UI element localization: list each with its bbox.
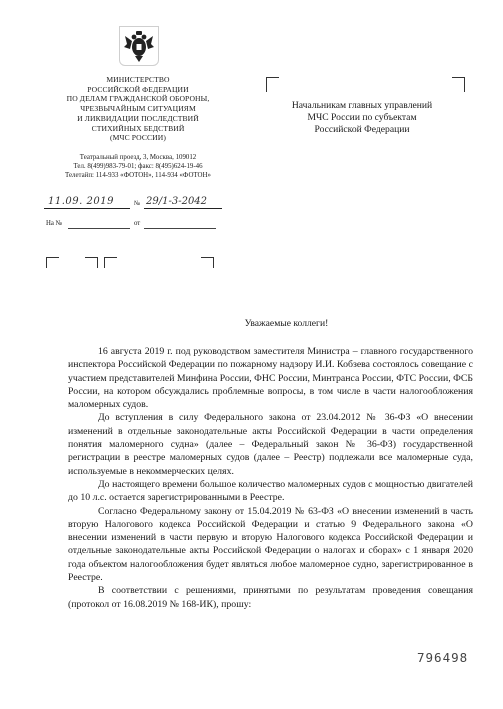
subject-corner-mark-tr [201, 257, 214, 268]
registration-date: 11.09. 2019 [44, 196, 130, 209]
subject-corner-mark-tl [46, 257, 59, 268]
double-headed-eagle-icon [120, 27, 158, 65]
addressee-corner-mark-tl [266, 77, 279, 92]
reference-date-blank [144, 228, 216, 229]
org-line: РОССИЙСКОЙ ФЕДЕРАЦИИ [40, 85, 236, 95]
registration-number-label: № [134, 200, 140, 207]
recipient-block: Начальникам главных управлений МЧС Росси… [262, 100, 462, 136]
body-paragraph: До вступления в силу Федерального закона… [68, 411, 473, 477]
registration-number: 29/1-3-2042 [144, 196, 222, 209]
registration-line: 11.09. 2019 № 29/1-3-2042 [44, 196, 220, 210]
recipient-line: Начальникам главных управлений [262, 100, 462, 112]
subject-corner-mark-tr [85, 257, 98, 268]
ministry-name-block: МИНИСТЕРСТВО РОССИЙСКОЙ ФЕДЕРАЦИИ ПО ДЕЛ… [40, 75, 236, 143]
org-line: ПО ДЕЛАМ ГРАЖДАНСКОЙ ОБОРОНЫ, [40, 94, 236, 104]
incoming-stamp-number: 796498 [417, 650, 468, 665]
org-line: СТИХИЙНЫХ БЕДСТВИЙ [40, 124, 236, 134]
contacts-block: Театральный проезд, 3, Москва, 109012 Те… [30, 153, 246, 181]
body-paragraph: До настоящего времени большое количество… [68, 478, 473, 505]
reference-from-label: от [134, 220, 140, 227]
org-line: ЧРЕЗВЫЧАЙНЫМ СИТУАЦИЯМ [40, 104, 236, 114]
org-line: МИНИСТЕРСТВО [40, 75, 236, 85]
addressee-corner-mark-tr [452, 77, 465, 92]
letter-body: 16 августа 2019 г. под руководством заме… [68, 345, 473, 611]
reference-number-label: На № [46, 220, 62, 227]
body-paragraph: 16 августа 2019 г. под руководством заме… [68, 345, 473, 411]
body-paragraph: В соответствии с решениями, принятыми по… [68, 584, 473, 611]
body-paragraph: Согласно Федеральному закону от 15.04.20… [68, 505, 473, 585]
teletype-line: Телетайп: 114-933 «ФОТОН», 114-934 «ФОТО… [30, 171, 246, 180]
salutation: Уважаемые коллеги! [0, 318, 503, 329]
reference-line: На № от [46, 220, 226, 232]
org-line: И ЛИКВИДАЦИИ ПОСЛЕДСТВИЙ [40, 114, 236, 124]
recipient-line: МЧС России по субъектам [262, 112, 462, 124]
phone-fax-line: Тел. 8(499)983-79-01; факс: 8(495)624-19… [30, 162, 246, 171]
recipient-line: Российской Федерации [262, 124, 462, 136]
address-line: Театральный проезд, 3, Москва, 109012 [30, 153, 246, 162]
coat-of-arms-emblem-icon [119, 26, 159, 66]
reference-number-blank [68, 228, 130, 229]
subject-corner-mark-tl [104, 257, 117, 268]
org-line: (МЧС РОССИИ) [40, 133, 236, 143]
